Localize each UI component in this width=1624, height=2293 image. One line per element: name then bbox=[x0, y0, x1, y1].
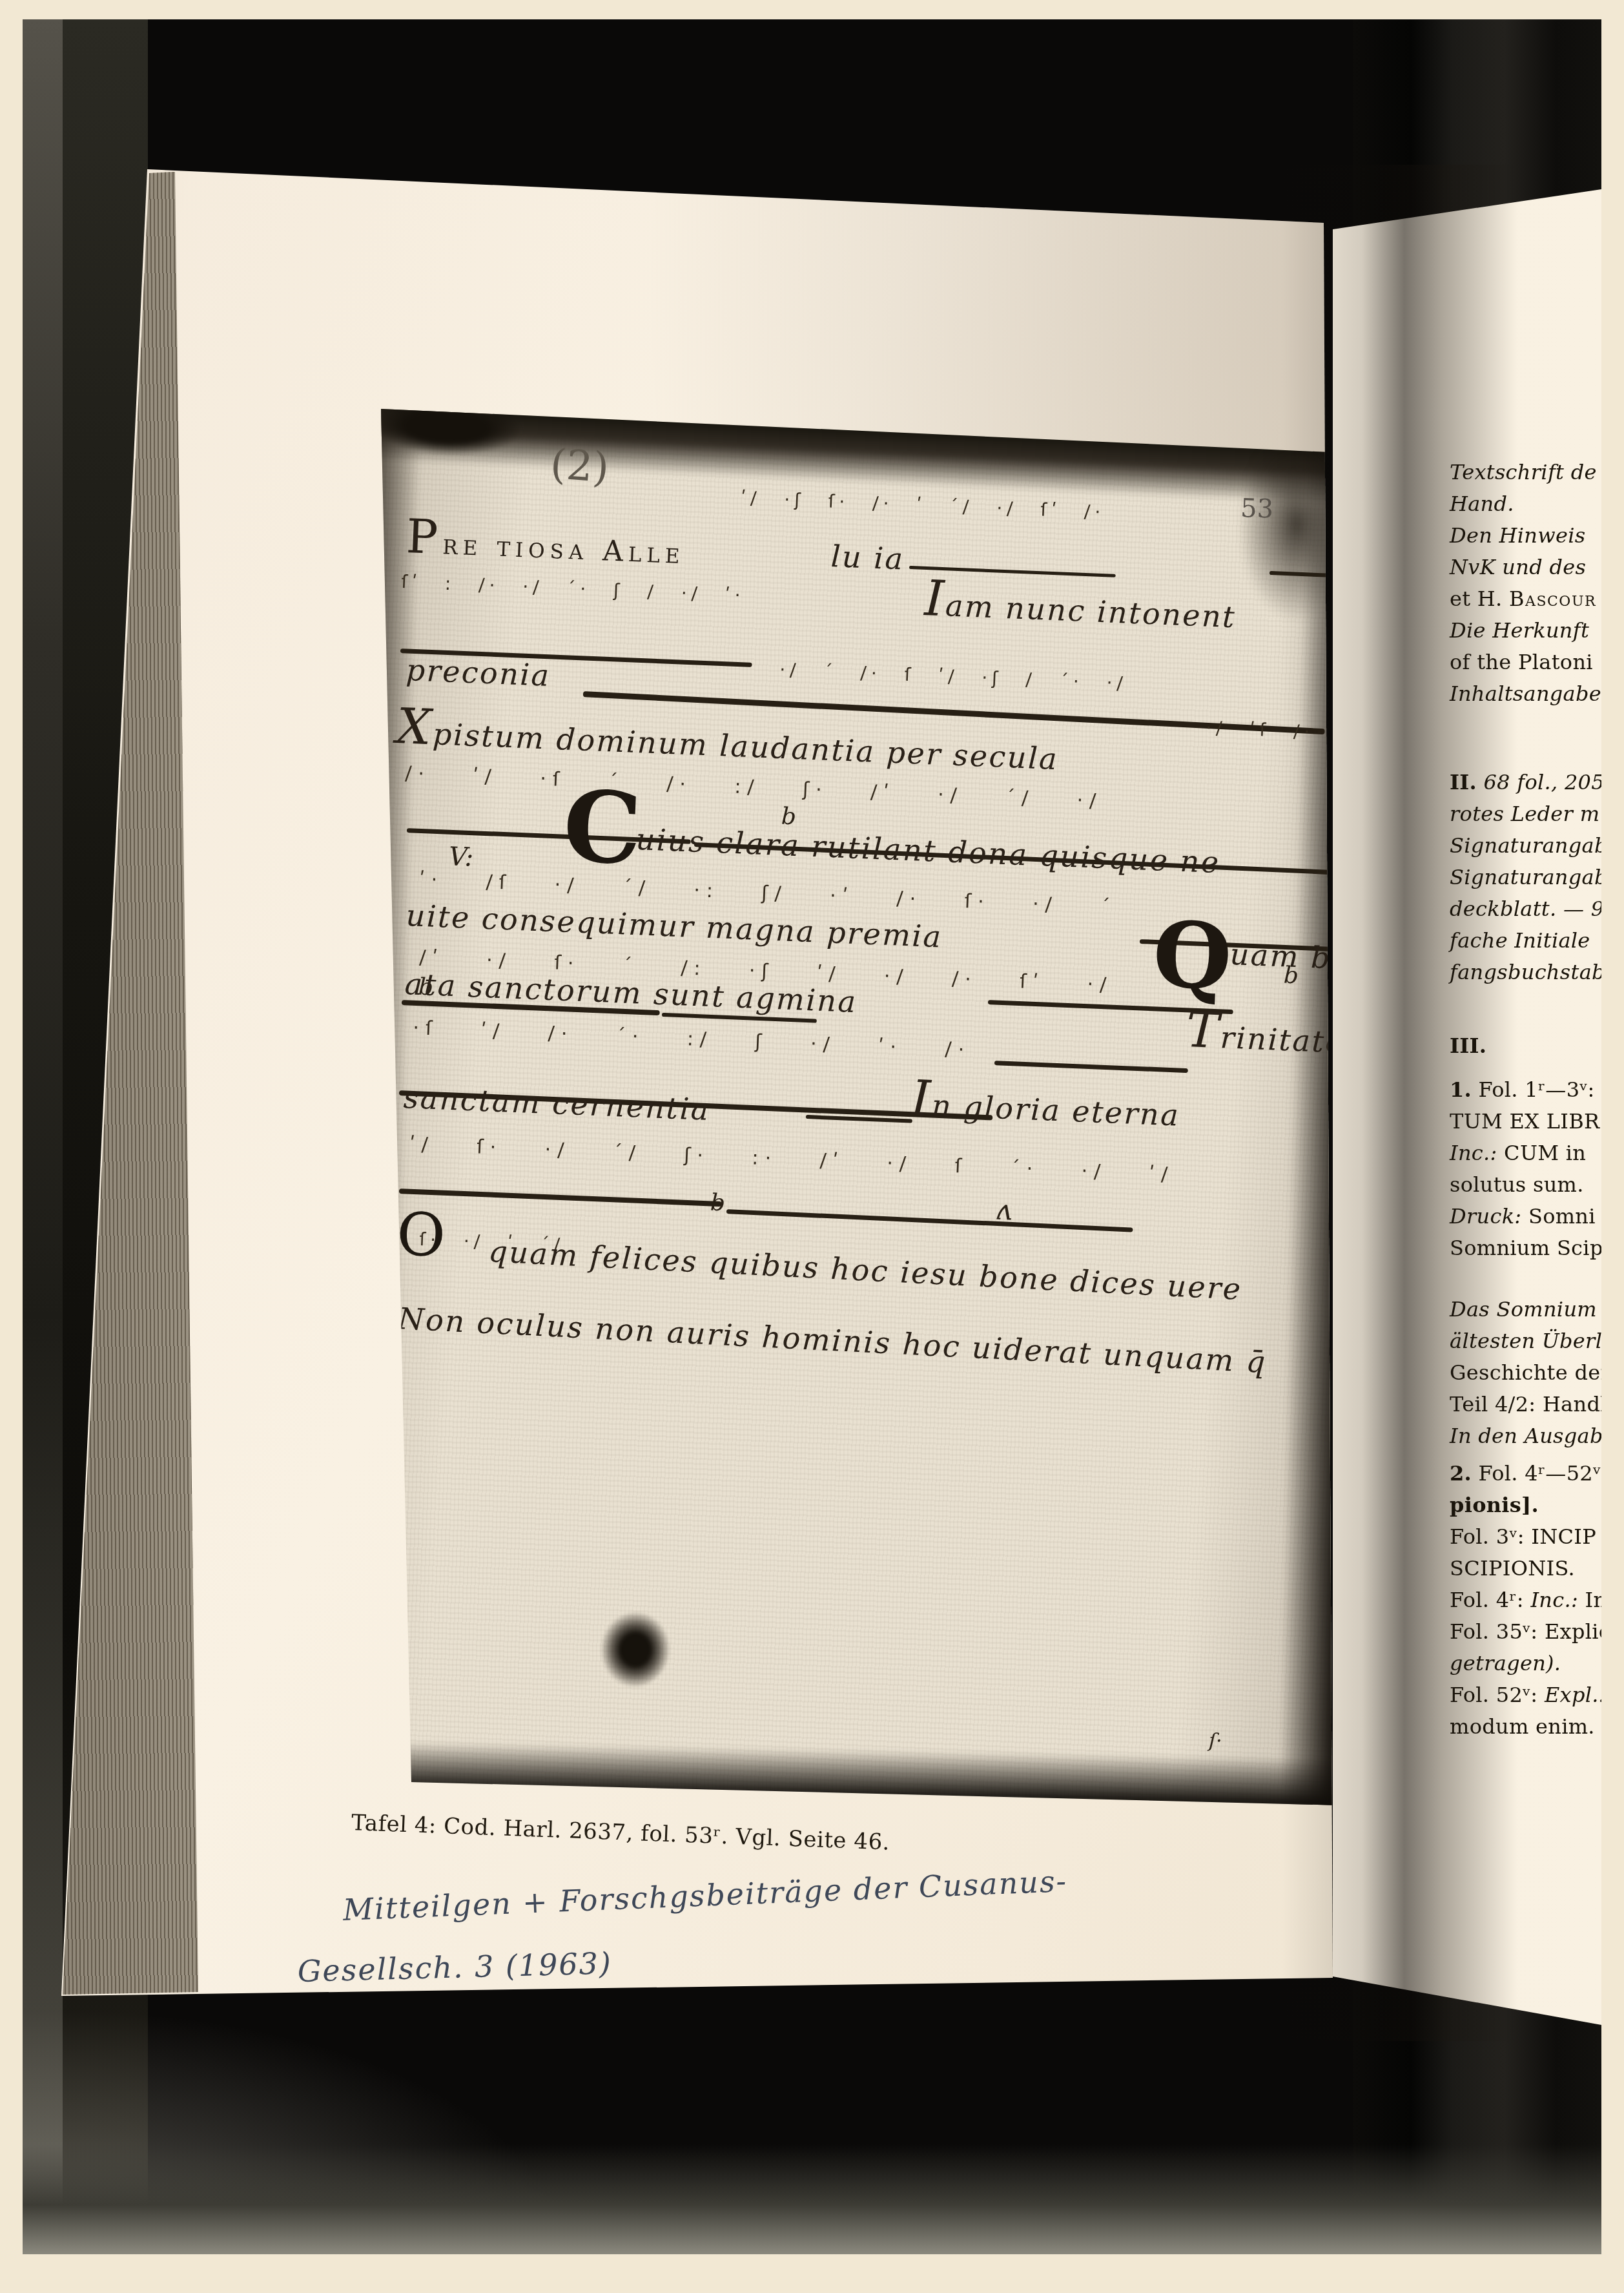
neume-mark: ʌ bbox=[995, 1194, 1012, 1227]
manuscript-line: sanctam cernentia bbox=[403, 1080, 711, 1127]
manuscript-line: lu ia bbox=[830, 539, 905, 577]
text-segment: In bbox=[1578, 1588, 1601, 1612]
neume-row: ·∕ ˊ ∕· ſ ʹ∕ ·ʃ ∕ ˊ· ·∕ bbox=[779, 659, 1128, 694]
photo-of-open-book: (2) 53 ʹ∕ ·ʃ ſ· ∕· ʹ ˊ∕ ·∕ ſʹ ∕· Pre tio… bbox=[23, 19, 1601, 2254]
manuscript-line: Non oculus non auris hominis hoc uiderat… bbox=[397, 1301, 1268, 1380]
manuscript-line: preconia bbox=[406, 652, 551, 693]
book-scan: (2) 53 ʹ∕ ·ʃ ſ· ∕· ʹ ˊ∕ ·∕ ſʹ ∕· Pre tio… bbox=[0, 0, 1624, 2293]
book-gutter-shadow bbox=[1282, 165, 1517, 2041]
text-segment: Somni bbox=[1521, 1204, 1595, 1229]
pencil-annotation: (2) bbox=[549, 441, 611, 492]
initial-q: Q bbox=[1152, 918, 1233, 994]
initial-o: O bbox=[396, 1210, 446, 1260]
manuscript-plate-image: (2) 53 ʹ∕ ·ʃ ſ· ∕· ʹ ˊ∕ ·∕ ſʹ ∕· Pre tio… bbox=[380, 408, 1369, 1807]
background-bottom-glow bbox=[23, 2144, 1601, 2254]
manuscript-line: Pre tiosa Alle bbox=[406, 523, 686, 570]
explicit-label: Expl.: bbox=[1545, 1683, 1601, 1707]
ink-blot bbox=[601, 1612, 670, 1688]
stray-mark: ſ· bbox=[1208, 1730, 1222, 1753]
manuscript-line: quam felices quibus hoc iesu bone dices … bbox=[488, 1234, 1242, 1307]
neume-row: ʹ∕ ſ· ·∕ ˊ∕ ʃ· :· ∕ʹ ·∕ ſ ˊ· ·∕ ʹ∕ bbox=[409, 1133, 1175, 1187]
background-band-left-outer bbox=[23, 19, 63, 2254]
flat-sign: b bbox=[781, 804, 797, 831]
clef-mark: V: bbox=[448, 842, 474, 873]
initial-c: C bbox=[562, 787, 643, 868]
small-caps-name: Bascour bbox=[1509, 586, 1596, 611]
neume-row: ʹ∕ ·ʃ ſ· ∕· ʹ ˊ∕ ·∕ ſʹ ∕· bbox=[741, 487, 1105, 523]
folio-number: 53 bbox=[1240, 493, 1273, 524]
incipit-label: Inc.: bbox=[1530, 1588, 1578, 1612]
manuscript-line: In gloria eterna bbox=[910, 1084, 1181, 1133]
neume-row: ſʹ : ∕· ·∕ ˊ· ʃ ∕ ·∕ ʹ· bbox=[401, 571, 746, 606]
staff-rule bbox=[994, 1061, 1188, 1073]
staff-rule bbox=[399, 1188, 722, 1207]
neume-row: ·ſ ʹ∕ ∕· ˊ· :∕ ʃ ·∕ ʹ· ∕· bbox=[413, 1017, 971, 1062]
manuscript-line: uius clara rutilant dona quisque ne bbox=[635, 822, 1221, 880]
manuscript-line: Iam nunc intonent bbox=[924, 584, 1237, 634]
staff-rule bbox=[726, 1209, 1133, 1232]
